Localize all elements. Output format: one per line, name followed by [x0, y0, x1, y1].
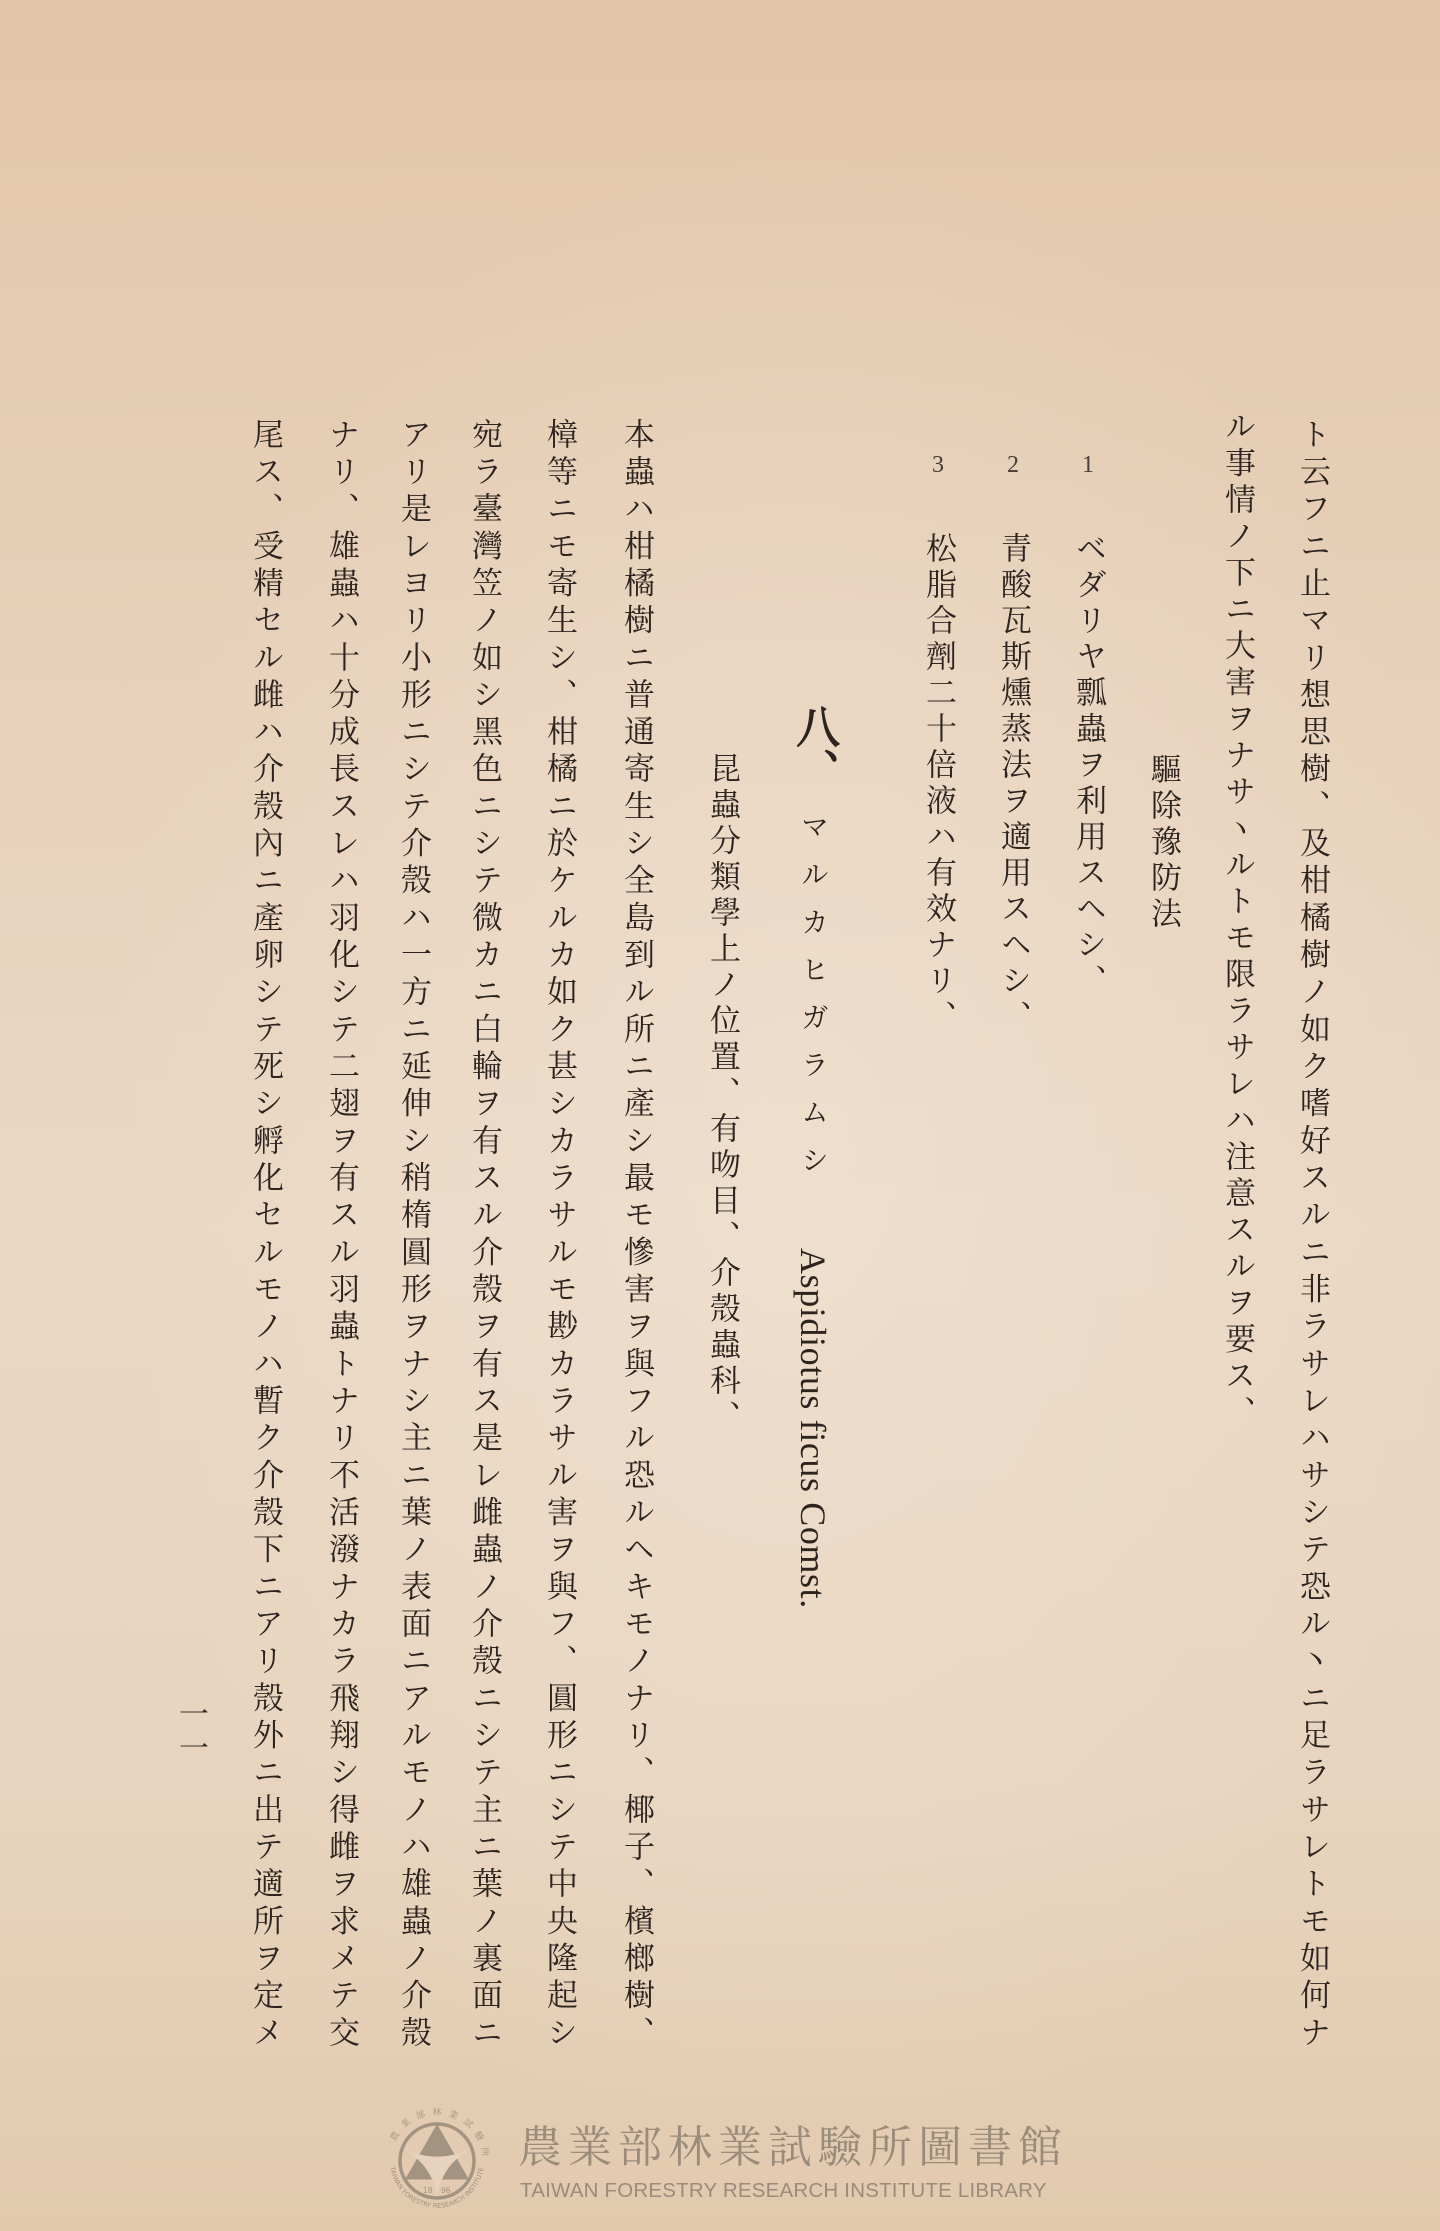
continuation-line-1: ト云フニ止マリ想思樹、及柑橘樹ノ如ク嗜好スルニ非ラサレハサシテ恐ル丶ニ足ラサレト…	[1290, 418, 1334, 2050]
control-methods-heading: 驅除豫防法	[1141, 753, 1185, 933]
item-number: 2	[991, 452, 1035, 478]
body-line: アリ是レヨリ小形ニシテ介殼ハ一方ニ延伸シ稍楕圓形ヲナシ主ニ葉ノ表面ニアルモノハ雄…	[391, 418, 435, 2050]
item-number: 3	[916, 452, 960, 478]
logo-year-right: 96	[441, 2186, 451, 2195]
library-name-chinese: 農業部林業試驗所圖書館	[518, 2122, 1068, 2174]
body-line: ナリ、雄蟲ハ十分成長スレハ羽化シテ二翅ヲ有スル羽蟲トナリ不活潑ナカラ飛翔シ得雌ヲ…	[319, 418, 363, 2050]
continuation-line-2: ル事情ノ下ニ大害ヲナサヽルトモ限ラサレハ注意スルヲ要ス、	[1215, 410, 1259, 1432]
page-number: 一一	[168, 1698, 212, 1766]
item-number: 1	[1066, 452, 1110, 478]
scanned-page: ト云フニ止マリ想思樹、及柑橘樹ノ如ク嗜好スルニ非ラサレハサシテ恐ル丶ニ足ラサレト…	[0, 0, 1440, 2231]
species-scientific-name: Aspidiotus ficus Comst.	[789, 1248, 837, 1609]
tfri-logo-icon: 農業部林業試驗所 TAIWAN FORESTRY RESEARCH INSTIT…	[379, 2103, 495, 2219]
body-line: 宛ラ臺灣笠ノ如シ黑色ニシテ微カニ白輪ヲ有スル介殼ヲ有ス是レ雌蟲ノ介殼ニシテ主ニ葉…	[462, 418, 506, 2050]
body-line: 樟等ニモ寄生シ、柑橘ニ於ケルカ如ク甚シカラサルモ尠カラサル害ヲ與フ、圓形ニシテ中…	[537, 418, 581, 2050]
logo-year-left: 18	[423, 2186, 433, 2195]
item-text: ベダリヤ瓢蟲ヲ利用スヘシ、	[1066, 532, 1110, 1000]
library-name-english: TAIWAN FORESTRY RESEARCH INSTITUTE LIBRA…	[520, 2178, 1047, 2204]
body-line: 本蟲ハ柑橘樹ニ普通寄生シ全島到ル所ニ產シ最モ慘害ヲ與フル恐ルヘキモノナリ、椰子、…	[614, 418, 658, 2050]
section-number: 八、	[789, 704, 837, 792]
item-text: 青酸瓦斯燻蒸法ヲ適用スヘシ、	[991, 532, 1035, 1036]
item-text: 松脂合劑二十倍液ハ有效ナリ、	[916, 532, 960, 1036]
species-japanese-name: マルカヒガラムシ	[791, 812, 835, 1193]
body-line: 尾ス、受精セル雌ハ介殼內ニ產卵シテ死シ孵化セルモノハ暫ク介殼下ニアリ殼外ニ出テ適…	[243, 418, 287, 2050]
taxonomic-classification: 昆蟲分類學上ノ位置、有吻目、介殼蟲科、	[700, 752, 744, 1436]
